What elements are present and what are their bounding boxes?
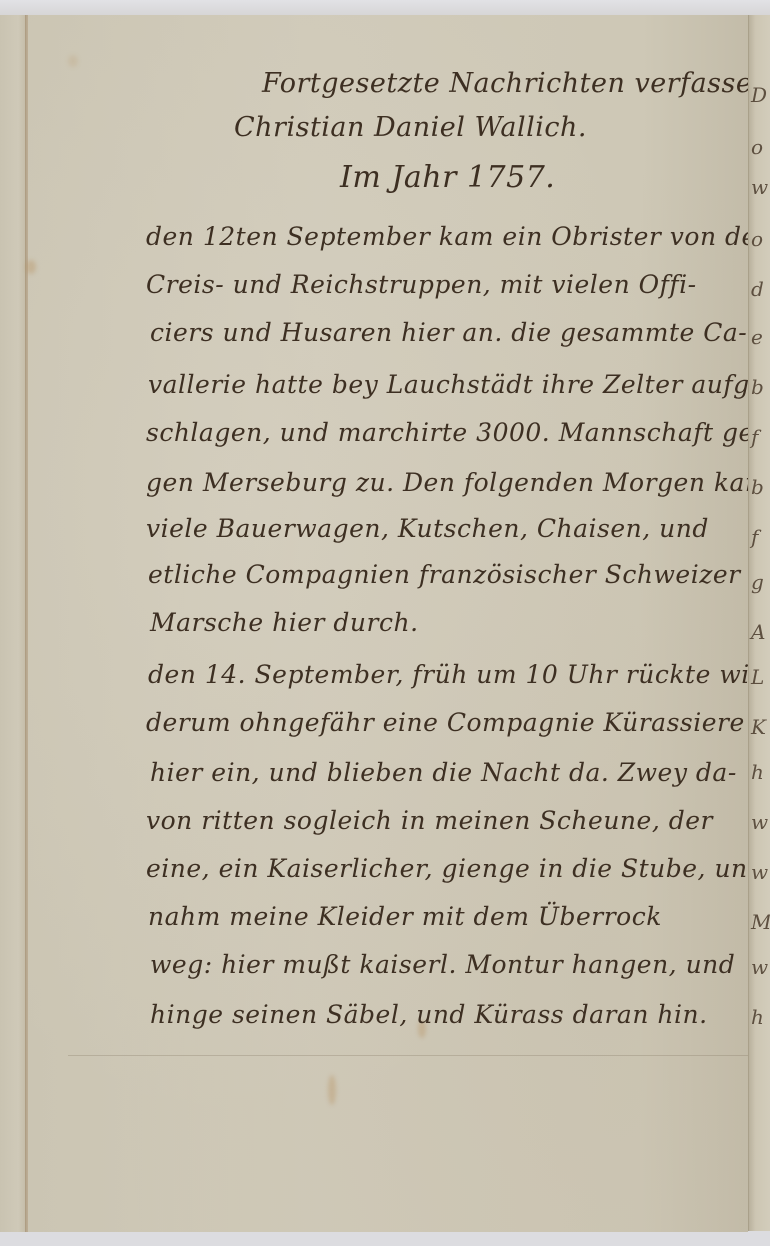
body-line: eine, ein Kaiserlicher, gienge in die St… <box>146 854 764 883</box>
body-line: ciers und Husaren hier an. die gesammte … <box>150 318 747 347</box>
body-line: etliche Compagnien französischer Schweiz… <box>148 560 770 589</box>
adjacent-text-fragment: o <box>751 135 763 159</box>
adjacent-text-fragment: L <box>751 665 764 689</box>
adjacent-text-fragment: f <box>751 425 758 449</box>
adjacent-page-edge: D o w o d e b f b f g A L K h w w M w h <box>748 15 770 1231</box>
paper-stain <box>328 1075 336 1105</box>
adjacent-text-fragment: K <box>751 715 766 739</box>
heading-line-2: Christian Daniel Wallich. <box>234 112 587 143</box>
body-line: schlagen, und marchirte 3000. Mannschaft… <box>146 418 763 447</box>
body-line: hinge seinen Säbel, und Kürass daran hin… <box>150 1000 708 1029</box>
adjacent-text-fragment: g <box>751 570 764 594</box>
paper-stain <box>68 55 78 67</box>
page-ruled-line <box>68 1055 748 1056</box>
adjacent-text-fragment: D <box>751 83 767 107</box>
adjacent-text-fragment: o <box>751 227 763 251</box>
body-line: gen Merseburg zu. Den folgenden Morgen k… <box>146 468 770 497</box>
adjacent-text-fragment: f <box>751 525 758 549</box>
manuscript-scan: Fortgesetzte Nachrichten verfasset von C… <box>0 0 770 1246</box>
body-line: vallerie hatte bey Lauchstädt ihre Zelte… <box>148 370 770 399</box>
body-line: den 12ten September kam ein Obrister von… <box>146 222 770 251</box>
paper-stain <box>26 260 36 274</box>
backdrop-bottom <box>0 1232 770 1246</box>
adjacent-text-fragment: A <box>751 620 765 644</box>
heading-year: Im Jahr 1757. <box>340 160 555 195</box>
body-line: viele Bauerwagen, Kutschen, Chaisen, und <box>146 514 709 543</box>
adjacent-text-fragment: e <box>751 325 763 349</box>
body-line: hier ein, und blieben die Nacht da. Zwey… <box>150 758 737 787</box>
adjacent-text-fragment: h <box>751 760 764 784</box>
body-line: weg: hier mußt kaiserl. Montur hangen, u… <box>150 950 735 979</box>
adjacent-text-fragment: b <box>751 375 764 399</box>
body-line: den 14. September, früh um 10 Uhr rückte… <box>148 660 759 689</box>
body-line: nahm meine Kleider mit dem Überrock <box>148 902 662 931</box>
body-line: derum ohngefähr eine Compagnie Kürassier… <box>146 708 745 737</box>
binding-strip <box>0 15 26 1235</box>
body-line: Marsche hier durch. <box>150 608 419 637</box>
adjacent-text-fragment: w <box>751 810 768 834</box>
adjacent-text-fragment: w <box>751 175 768 199</box>
heading-line-1: Fortgesetzte Nachrichten verfasset von <box>262 68 770 99</box>
body-line: von ritten sogleich in meinen Scheune, d… <box>146 806 713 835</box>
body-line: Creis- und Reichstruppen, mit vielen Off… <box>146 270 697 299</box>
adjacent-text-fragment: h <box>751 1005 764 1029</box>
adjacent-text-fragment: b <box>751 475 764 499</box>
adjacent-text-fragment: w <box>751 955 768 979</box>
adjacent-text-fragment: w <box>751 860 768 884</box>
adjacent-text-fragment: M <box>751 910 770 934</box>
adjacent-text-fragment: d <box>751 277 764 301</box>
backdrop-top <box>0 0 770 16</box>
